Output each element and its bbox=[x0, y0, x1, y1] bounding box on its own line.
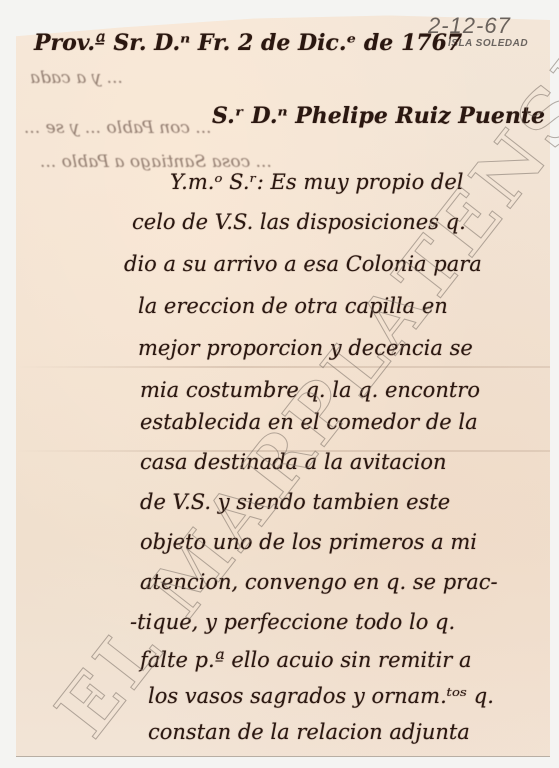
letter-line: celo de V.S. las disposiciones q. bbox=[132, 210, 466, 234]
letter-line: establecida en el comedor de la bbox=[140, 410, 478, 434]
bleed-through-text: ... con Pablo ... y se ... bbox=[24, 118, 212, 138]
letter-line: Y.m.ᵒ S.ʳ: Es muy propio del bbox=[170, 170, 464, 194]
letter-heading: Prov.ª Sr. D.ⁿ Fr. 2 de Dic.ᵉ de 1767 bbox=[34, 30, 462, 56]
paper-fold-line bbox=[16, 366, 550, 368]
letter-line: constan de la relacion adjunta bbox=[148, 720, 470, 744]
letter-line: atencion, convengo en q. se prac- bbox=[140, 570, 498, 594]
letter-line: mia costumbre q. la q. encontro bbox=[140, 378, 480, 402]
letter-line: los vasos sagrados y ornam.ᵗᵒˢ q. bbox=[148, 684, 494, 708]
letter-line: falte p.ª ello acuio sin remitir a bbox=[140, 648, 472, 672]
letter-addressee: S.ʳ D.ⁿ Phelipe Ruiz Puente bbox=[212, 103, 545, 129]
bleed-through-text: ... y a cada bbox=[30, 68, 123, 88]
letter-line: de V.S. y siendo tambien este bbox=[140, 490, 450, 514]
letter-line: la ereccion de otra capilla en bbox=[138, 294, 448, 318]
bleed-through-text: ... cosa Santiago a Pablo ... bbox=[40, 152, 272, 172]
letter-line: objeto uno de los primeros a mi bbox=[140, 530, 477, 554]
scanned-document: 2-12-67 ISLA SOLEDAD ... y a cada ... co… bbox=[0, 0, 559, 768]
letter-line: dio a su arrivo a esa Colonia para bbox=[124, 252, 482, 276]
letter-line: -tique, y perfeccione todo lo q. bbox=[130, 610, 455, 634]
letter-line: casa destinada a la avitacion bbox=[140, 450, 447, 474]
letter-line: mejor proporcion y decencia se bbox=[138, 336, 473, 360]
